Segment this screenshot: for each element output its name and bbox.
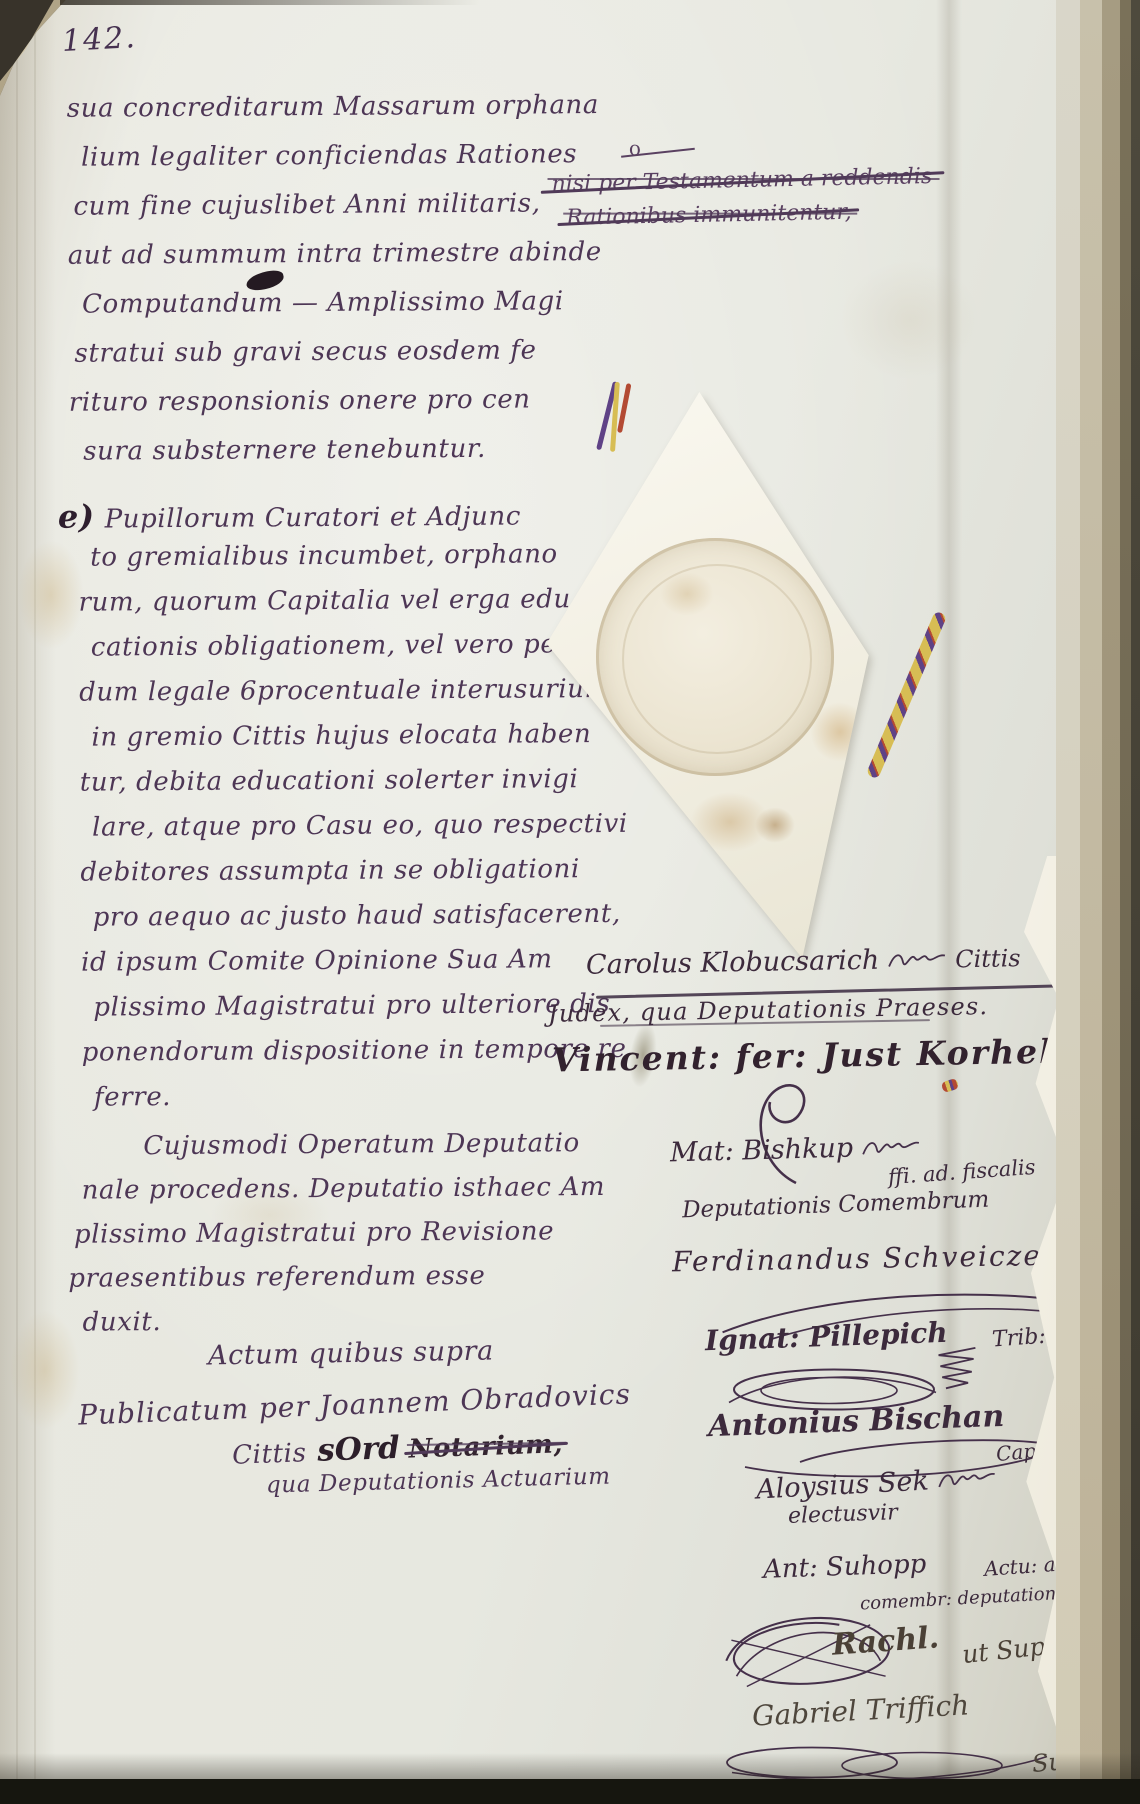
manuscript-line: ponendorum dispositione in tempore re: [82, 1034, 580, 1082]
publication-struck-word: Notarium,: [408, 1429, 563, 1464]
manuscript-line: nale procedens. Deputatio isthaec Am: [82, 1172, 578, 1219]
manuscript-line: praesentibus referendum esse: [68, 1260, 578, 1308]
mpa-squiggle-icon: [885, 947, 949, 972]
signature-sek-title: electusvir: [788, 1500, 898, 1529]
manuscript-line: in gremio Cittis hujus elocata haben: [91, 719, 577, 767]
wafer-seal: [540, 392, 872, 964]
seal-stain: [660, 572, 714, 616]
scan-background-bar: [0, 1779, 1140, 1804]
seal-stain: [810, 702, 870, 762]
book-page-edge: [1080, 0, 1104, 1804]
paper-crease: [16, 0, 18, 1804]
signature-schveiczer: Ferdinandus Schveiczer: [672, 1239, 1058, 1279]
bottom-edge-shadow: [0, 1753, 1140, 1779]
seal-cord-top: [599, 381, 661, 462]
paragraph-2: e)Pupillorum Curatori et Adjunc to gremi…: [56, 494, 580, 1128]
manuscript-line: tur, debita educationi solerter invigi: [80, 764, 578, 812]
publication-word: Cittis: [232, 1438, 307, 1471]
margin-note: o nisi per Testamentum a reddendis Ratio…: [551, 164, 933, 240]
manuscript-line: stratui sub gravi secus eosdem fe: [74, 335, 578, 388]
manuscript-line: cationis obligationem, vel vero penden: [91, 629, 577, 677]
page-number: 142.: [61, 20, 138, 59]
manuscript-line: pro aequo ac justo haud satisfacerent,: [93, 899, 579, 947]
signature-suhopp: Ant: Suhopp: [763, 1549, 927, 1585]
paper-crease: [34, 0, 36, 1804]
manuscript-line: plissimo Magistratui pro ulteriore dis: [93, 989, 579, 1037]
paragraph-marker: e): [58, 498, 95, 536]
manuscript-line: sura substernere tenebuntur.: [83, 433, 579, 485]
mpa-squiggle-icon: [859, 1135, 924, 1161]
book-page-edge: [1102, 0, 1122, 1804]
signature-rachl: Rachl.: [831, 1620, 940, 1662]
signature-name: Carolus Klobucsarich: [586, 945, 880, 981]
manuscript-line: ferre.: [94, 1079, 580, 1127]
signature-name: Mat: Bishkup: [670, 1133, 854, 1169]
manuscript-line: sua concreditarum Massarum orphana: [67, 90, 577, 143]
struck-text: Rationibus immunitentur,: [566, 200, 852, 231]
manuscript-line: lium legaliter conficiendas Rationes: [81, 139, 577, 191]
book-page-edge: [1056, 0, 1082, 1804]
mpa-squiggle-icon: [934, 1466, 999, 1493]
seal-paper-diamond: [540, 392, 872, 964]
manuscript-line: rum, quorum Capitalia vel erga edu: [78, 584, 576, 632]
manuscript-line: Cujusmodi Operatum Deputatio: [143, 1128, 577, 1175]
manuscript-line: rituro responsionis onere pro cen: [69, 384, 579, 437]
book-page-edge: [1131, 0, 1140, 1804]
manuscript-line: dum legale 6procentuale interusurium: [79, 674, 577, 722]
manuscript-scan: 142. sua concreditarum Massarum orphana …: [0, 0, 1140, 1804]
paragraph-1: sua concreditarum Massarum orphana lium …: [57, 90, 580, 486]
manuscript-line: e)Pupillorum Curatori et Adjunc: [58, 494, 576, 543]
manuscript-line: cum fine cujuslibet Anni militaris,: [73, 188, 577, 241]
top-edge-shadow: [60, 0, 480, 5]
actum-line: Actum quibus supra: [208, 1336, 494, 1372]
paragraph-3: Cujusmodi Operatum Deputatio nale proced…: [57, 1128, 579, 1352]
manuscript-line: to gremialibus incumbet, orphano: [90, 539, 576, 587]
publication-insert: sOrd: [317, 1430, 401, 1469]
seal-embossed-ring: [622, 564, 812, 754]
paper-stain: [840, 260, 980, 380]
manuscript-line: plissimo Magistratui pro Revisione: [74, 1216, 578, 1264]
signature-suffix: Cittis: [955, 944, 1021, 973]
seal-stain: [755, 807, 795, 843]
manuscript-line: id ipsum Comite Opinione Sua Am: [81, 944, 579, 992]
left-edge-shadow: [0, 0, 56, 1804]
manuscript-line-text: Pupillorum Curatori et Adjunc: [105, 502, 521, 535]
manuscript-line: aut ad summum intra trimestre abinde: [68, 237, 578, 290]
manuscript-line: lare, atque pro Casu eo, quo respectivi: [92, 809, 578, 857]
manuscript-line: debitores assumpta in se obligationi: [80, 854, 578, 902]
manuscript-line: Computandum — Amplissimo Magi: [82, 286, 578, 338]
